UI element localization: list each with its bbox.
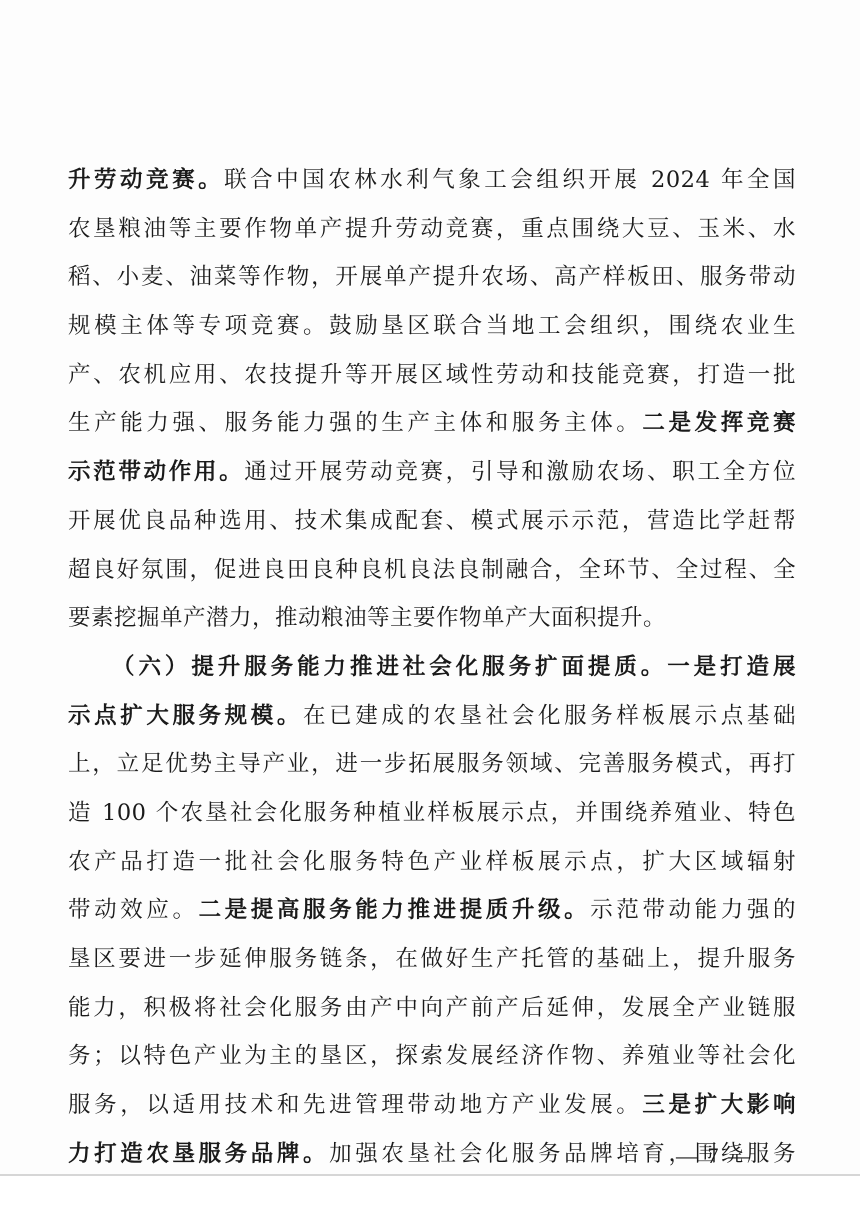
text-line: 要素挖掘单产潜力，推动粮油等主要作物单产大面积提升。: [68, 594, 796, 643]
paragraph-text: 农产品打造一批社会化服务特色产业样板展示点，扩大区域辐射: [68, 849, 796, 875]
paragraph-text: 务；以特色产业为主的垦区，探索发展经济作物、养殖业等社会化: [68, 1043, 796, 1069]
paragraph-text: 生产能力强、服务能力强的生产主体和服务主体。: [68, 410, 642, 436]
paragraph-text: 垦区要进一步延伸服务链条，在做好生产托管的基础上，提升服务: [68, 946, 796, 972]
text-line: 开展优良品种选用、技术集成配套、模式展示示范，营造比学赶帮: [68, 497, 796, 546]
text-line: 能力，积极将社会化服务由产中向产前产后延伸，发展全产业链服: [68, 984, 796, 1033]
text-line: 稻、小麦、油菜等作物，开展单产提升农场、高产样板田、服务带动: [68, 253, 796, 302]
text-line: 生产能力强、服务能力强的生产主体和服务主体。二是发挥竞赛: [68, 399, 796, 448]
paragraph-text: 造 100 个农垦社会化服务种植业样板展示点，并围绕养殖业、特色: [68, 800, 796, 826]
text-line: 服务，以适用技术和先进管理带动地方产业发展。三是扩大影响: [68, 1081, 796, 1130]
bold-heading-text: 三是扩大影响: [642, 1092, 796, 1118]
text-line: 规模主体等专项竞赛。鼓励垦区联合当地工会组织，围绕农业生: [68, 302, 796, 351]
paragraph-text: 上，立足优势主导产业，进一步拓展服务领域、完善服务模式，再打: [68, 751, 796, 777]
paragraph-text: 在已建成的农垦社会化服务样板展示点基础: [303, 703, 796, 729]
paragraph-text: 示范带动能力强的: [590, 897, 796, 923]
body-text: 升劳动竞赛。联合中国农林水利气象工会组织开展 2024 年全国农垦粮油等主要作物…: [68, 156, 796, 1178]
text-line: 农产品打造一批社会化服务特色产业样板展示点，扩大区域辐射: [68, 838, 796, 887]
paragraph-text: 农垦粮油等主要作物单产提升劳动竞赛，重点围绕大豆、玉米、水: [68, 216, 796, 242]
text-line: （六）提升服务能力推进社会化服务扩面提质。一是打造展: [68, 643, 796, 692]
paragraph-text: 带动效应。: [68, 897, 199, 923]
bold-heading-text: 二是提高服务能力推进提质升级。: [199, 897, 591, 923]
paragraph-text: 超良好氛围，促进良田良种良机良法良制融合，全环节、全过程、全: [68, 557, 796, 583]
bold-heading-text: （六）提升服务能力推进社会化服务扩面提质。一是打造展: [112, 654, 796, 680]
text-line: 示点扩大服务规模。在已建成的农垦社会化服务样板展示点基础: [68, 692, 796, 741]
bold-heading-text: 升劳动竞赛。: [68, 167, 224, 193]
paragraph-text: 能力，积极将社会化服务由产中向产前产后延伸，发展全产业链服: [68, 995, 796, 1021]
text-line: 农垦粮油等主要作物单产提升劳动竞赛，重点围绕大豆、玉米、水: [68, 205, 796, 254]
page-number: — 7 —: [676, 1143, 752, 1169]
paragraph-text: 联合中国农林水利气象工会组织开展 2024 年全国: [224, 167, 796, 193]
paragraph-text: 产、农机应用、农技提升等开展区域性劳动和技能竞赛，打造一批: [68, 362, 796, 388]
text-line: 垦区要进一步延伸服务链条，在做好生产托管的基础上，提升服务: [68, 935, 796, 984]
text-line: 升劳动竞赛。联合中国农林水利气象工会组织开展 2024 年全国: [68, 156, 796, 205]
text-line: 造 100 个农垦社会化服务种植业样板展示点，并围绕养殖业、特色: [68, 789, 796, 838]
paragraph-text: 规模主体等专项竞赛。鼓励垦区联合当地工会组织，围绕农业生: [68, 313, 796, 339]
text-line: 务；以特色产业为主的垦区，探索发展经济作物、养殖业等社会化: [68, 1032, 796, 1081]
document-page: 升劳动竞赛。联合中国农林水利气象工会组织开展 2024 年全国农垦粮油等主要作物…: [0, 0, 860, 1176]
text-line: 超良好氛围，促进良田良种良机良法良制融合，全环节、全过程、全: [68, 546, 796, 595]
paragraph-text: 通过开展劳动竞赛，引导和激励农场、职工全方位: [244, 459, 796, 485]
text-line: 示范带动作用。通过开展劳动竞赛，引导和激励农场、职工全方位: [68, 448, 796, 497]
bold-heading-text: 力打造农垦服务品牌。: [68, 1141, 329, 1167]
paragraph-text: 要素挖掘单产潜力，推动粮油等主要作物单产大面积提升。: [68, 605, 666, 631]
bold-heading-text: 示点扩大服务规模。: [68, 703, 303, 729]
paragraph-text: 服务，以适用技术和先进管理带动地方产业发展。: [68, 1092, 642, 1118]
text-line: 产、农机应用、农技提升等开展区域性劳动和技能竞赛，打造一批: [68, 351, 796, 400]
paragraph-text: 稻、小麦、油菜等作物，开展单产提升农场、高产样板田、服务带动: [68, 264, 796, 290]
text-line: 带动效应。二是提高服务能力推进提质升级。示范带动能力强的: [68, 886, 796, 935]
bold-heading-text: 示范带动作用。: [68, 459, 244, 485]
bold-heading-text: 二是发挥竞赛: [642, 410, 796, 436]
paragraph-text: 开展优良品种选用、技术集成配套、模式展示示范，营造比学赶帮: [68, 508, 796, 534]
text-line: 上，立足优势主导产业，进一步拓展服务领域、完善服务模式，再打: [68, 740, 796, 789]
